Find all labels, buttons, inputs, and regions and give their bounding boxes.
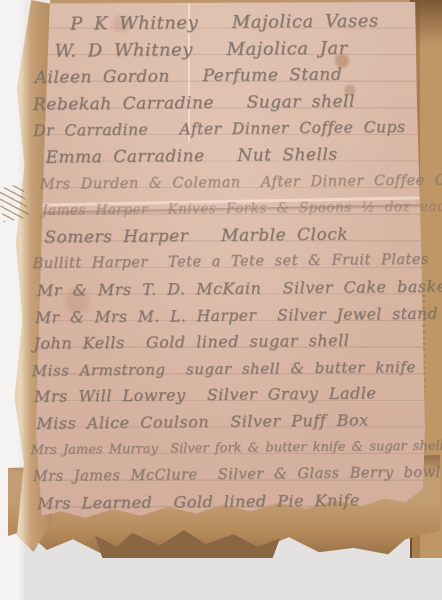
handwritten-line: Miss Alice Coulson Silver Puff Box (30, 407, 430, 438)
handwritten-line: Aileen Gordon Perfume Stand (27, 61, 427, 92)
handwritten-line: Mrs James McClure Silver & Glass Berry b… (31, 460, 431, 491)
handwritten-line: James Harper Knives Forks & Spoons ½ doz… (28, 194, 428, 225)
handwritten-line: Dr Carradine After Dinner Coffee Cups (27, 114, 427, 145)
handwritten-line: Somers Harper Marble Clock (28, 221, 428, 252)
handwritten-line: Mrs James Murray Silver fork & butter kn… (30, 433, 430, 464)
handwritten-line: Mrs Will Lowrey Silver Gravy Ladle (30, 380, 430, 411)
gift-list: P K Whitney Majolica VasesW. D Whitney M… (26, 8, 431, 517)
handwritten-line: Mr & Mrs M. L. Harper Silver Jewel stand (29, 300, 429, 331)
handwritten-line: W. D Whitney Majolica Jar (26, 34, 426, 65)
handwritten-line: P K Whitney Majolica Vases (26, 8, 426, 39)
scanned-document-photo: P K Whitney Majolica VasesW. D Whitney M… (0, 0, 442, 600)
handwritten-line: Mrs Learned Gold lined Pie Knife (31, 486, 431, 517)
handwritten-line: Mrs Durden & Coleman After Dinner Coffee… (28, 167, 428, 198)
handwritten-line: Bullitt Harper Tete a Tete set & Fruit P… (29, 247, 429, 278)
handwritten-line: Miss Armstrong sugar shell & butter knif… (30, 354, 430, 385)
handwritten-line: Mr & Mrs T. D. McKain Silver Cake basket (29, 274, 429, 305)
handwritten-line: Emma Carradine Nut Shells (27, 141, 427, 172)
handwritten-line: Rebekah Carradine Sugar shell (27, 88, 427, 119)
handwritten-line: John Kells Gold lined sugar shell (29, 327, 429, 358)
